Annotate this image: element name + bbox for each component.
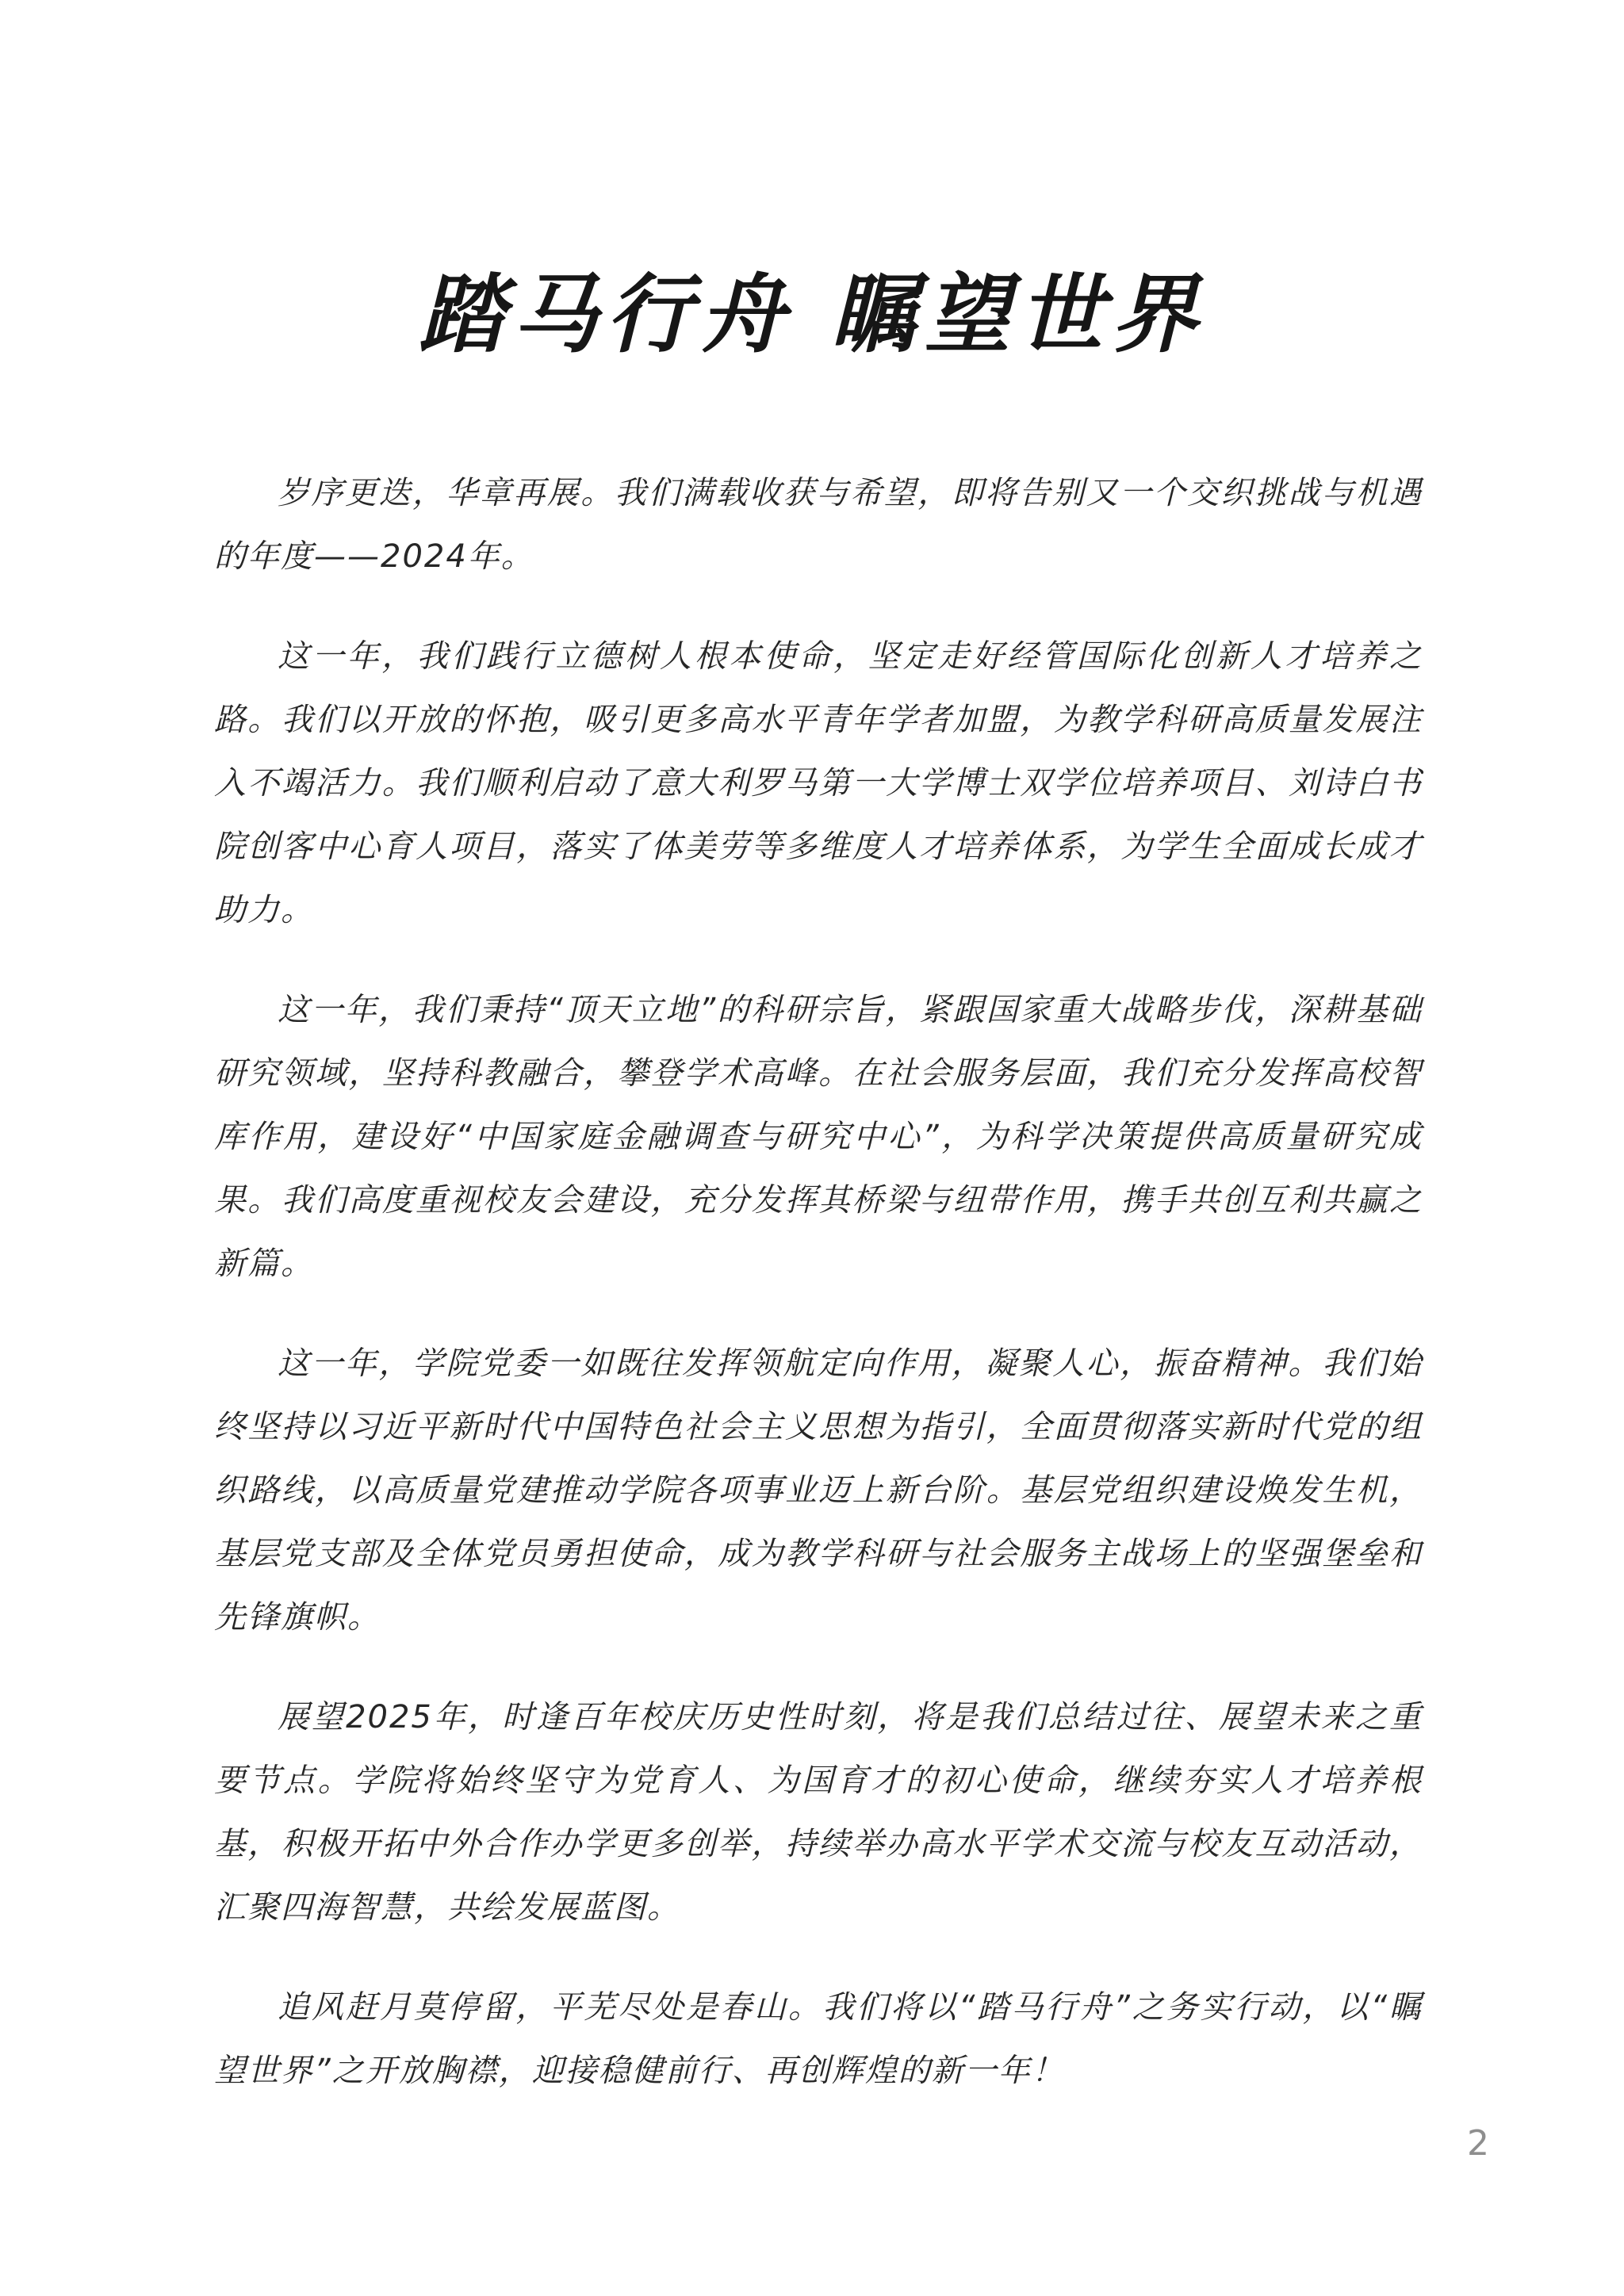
paragraph: 这一年，学院党委一如既往发挥领航定向作用，凝聚人心，振奋精神。我们始终坚持以习近…: [214, 1332, 1423, 1649]
document-page: 踏马行舟 瞩望世界 岁序更迭，华章再展。我们满载收获与希望，即将告别又一个交织挑…: [0, 0, 1624, 2296]
paragraph: 展望2025年，时逢百年校庆历史性时刻，将是我们总结过往、展望未来之重要节点。学…: [214, 1686, 1423, 1939]
paragraph: 岁序更迭，华章再展。我们满载收获与希望，即将告别又一个交织挑战与机遇的年度——2…: [214, 461, 1423, 588]
page-title: 踏马行舟 瞩望世界: [0, 0, 1624, 369]
paragraph: 这一年，我们秉持“顶天立地”的科研宗旨，紧跟国家重大战略步伐，深耕基础研究领域，…: [214, 978, 1423, 1295]
paragraph: 这一年，我们践行立德树人根本使命，坚定走好经管国际化创新人才培养之路。我们以开放…: [214, 625, 1423, 942]
body-text: 岁序更迭，华章再展。我们满载收获与希望，即将告别又一个交织挑战与机遇的年度——2…: [214, 461, 1423, 2103]
page-number: 2: [1467, 2123, 1489, 2164]
paragraph: 追风赶月莫停留，平芜尽处是春山。我们将以“踏马行舟”之务实行动，以“瞩望世界”之…: [214, 1976, 1423, 2103]
